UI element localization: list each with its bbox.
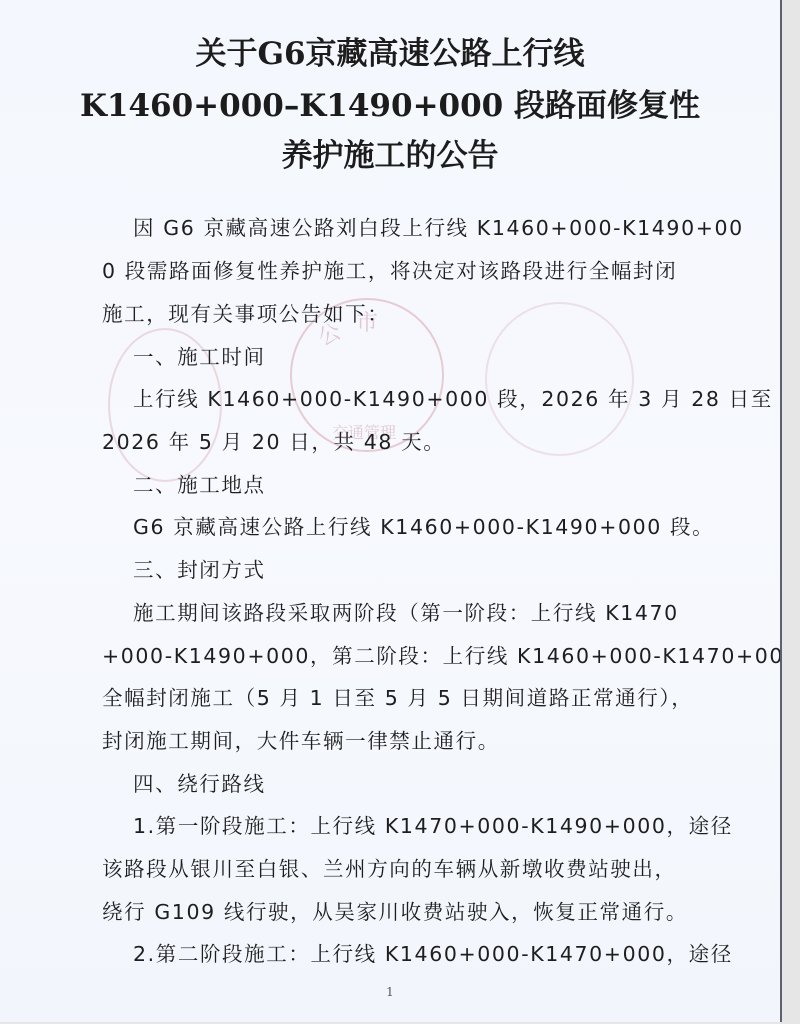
body-line: 全幅封闭施工（5 月 1 日至 5 月 5 日期间道路正常通行）， [0, 681, 782, 711]
body-line: 上行线 K1460+000-K1490+000 段，2026 年 3 月 28 … [0, 382, 782, 412]
viewer-scroll-gutter[interactable] [782, 0, 800, 1024]
title-line-2: K1460+000–K1490+000 段路面修复性 [0, 80, 780, 125]
section-heading: 一、施工时间 [0, 340, 782, 370]
body-line: 2026 年 5 月 20 日，共 48 天。 [0, 425, 782, 455]
body-line: 0 段需路面修复性养护施工，将决定对该路段进行全幅封闭 [0, 254, 782, 284]
body-line: 1.第一阶段施工：上行线 K1470+000-K1490+000，途径 [0, 809, 782, 839]
body-line: 封闭施工期间，大件车辆一律禁止通行。 [0, 724, 782, 754]
section-heading: 二、施工地点 [0, 468, 782, 498]
document-page: 公 市 交通管理 关于G6京藏高速公路上行线 K1460+000–K1490+0… [0, 0, 782, 1022]
body-line: 因 G6 京藏高速公路刘白段上行线 K1460+000-K1490+00 [0, 211, 782, 241]
body-line: +000-K1490+000，第二阶段：上行线 K1460+000-K1470+… [0, 639, 782, 669]
body-line: G6 京藏高速公路上行线 K1460+000-K1490+000 段。 [0, 510, 782, 540]
body-line: 2.第二阶段施工：上行线 K1460+000-K1470+000，途径 [0, 937, 782, 967]
body-line: 该路段从银川至白银、兰州方向的车辆从新墩收费站驶出， [0, 852, 782, 882]
title-line-1: 关于G6京藏高速公路上行线 [0, 28, 780, 73]
page-number: 1 [0, 985, 780, 999]
title-line-3: 养护施工的公告 [0, 130, 780, 175]
body-line: 施工期间该路段采取两阶段（第一阶段：上行线 K1470 [0, 596, 782, 626]
section-heading: 三、封闭方式 [0, 553, 782, 583]
section-heading: 四、绕行路线 [0, 767, 782, 797]
body-line: 绕行 G109 线行驶，从吴家川收费站驶入，恢复正常通行。 [0, 895, 782, 925]
body-line: 施工，现有关事项公告如下： [0, 297, 782, 327]
